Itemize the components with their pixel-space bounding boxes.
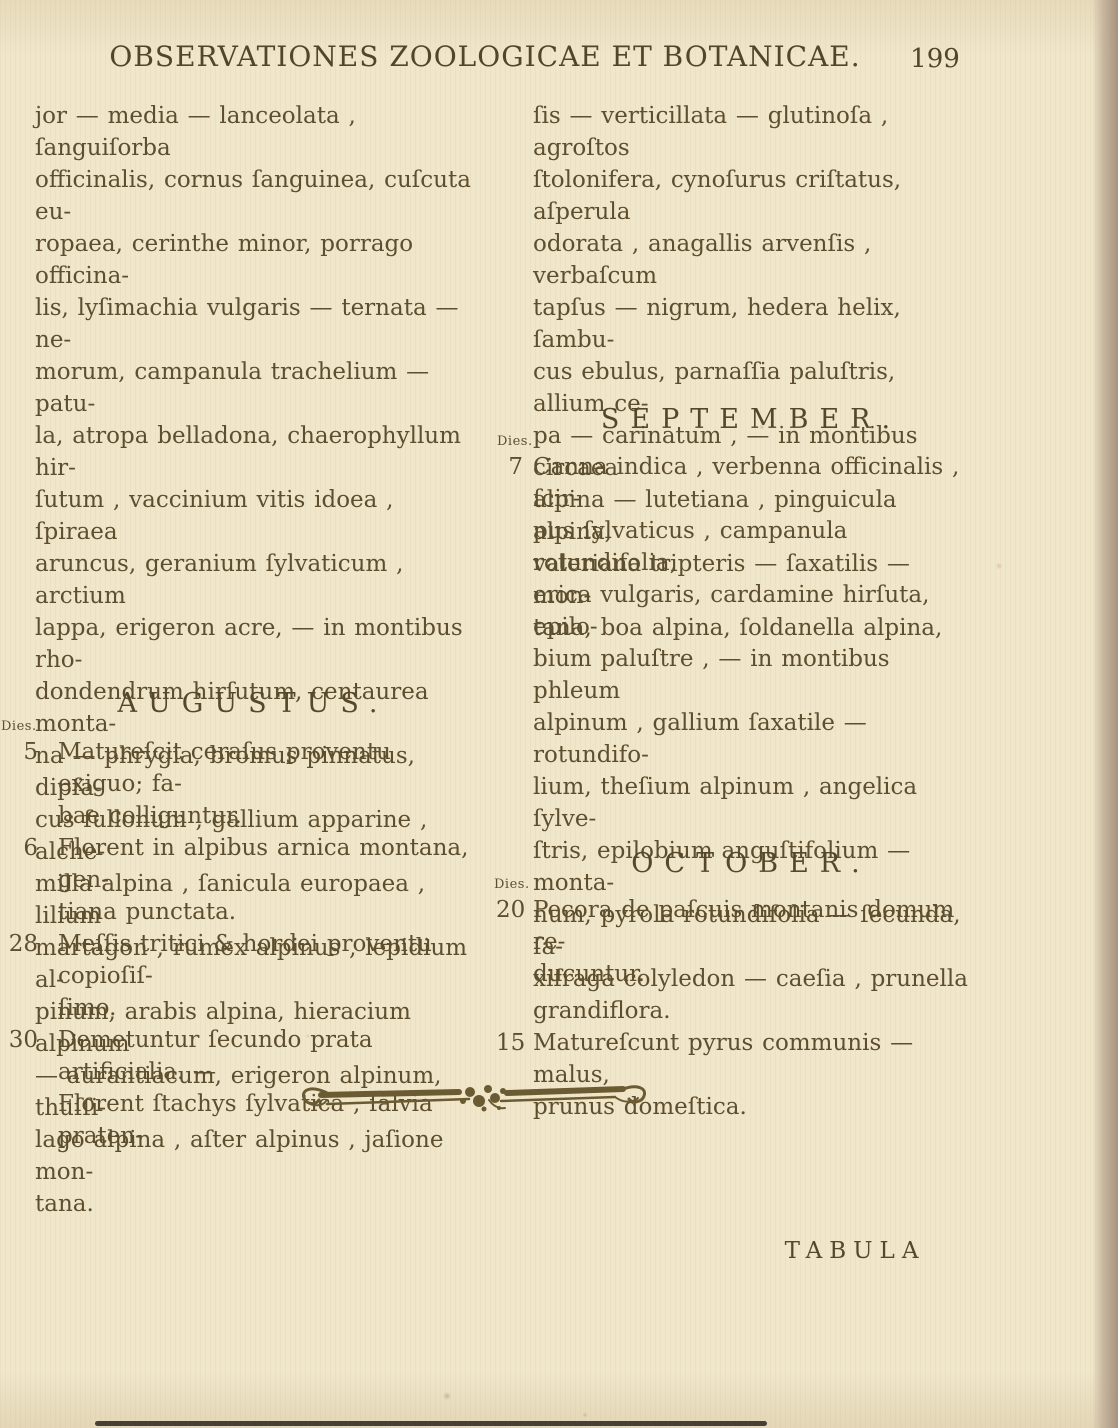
tailpiece-ornament (293, 1068, 658, 1116)
entry-day-number: 15 (496, 1027, 523, 1059)
heading-october: OCTOBER. (533, 848, 969, 879)
entry-text: Meſſis tritici & hordei proventu copioſi… (58, 928, 477, 1024)
running-head-title: OBSERVATIONES ZOOLOGICAE ET BOTANICAE. (35, 40, 935, 73)
heading-september: SEPTEMBER. (533, 404, 969, 435)
dies-label-augustus: Dies. (1, 719, 37, 734)
dies-label-october: Dies. (494, 877, 530, 892)
page-number: 199 (903, 44, 967, 74)
catchword: TABULA (745, 1238, 965, 1264)
page-edge-shadow (1092, 0, 1118, 1428)
heading-augustus: AUGUSTUS. (35, 688, 471, 719)
calendar-entry: 5 Matureſcit ceraſus proventu exiguo; fa… (5, 736, 477, 832)
book-page: OBSERVATIONES ZOOLOGICAE ET BOTANICAE. 1… (0, 0, 1118, 1428)
calendar-entry: 20 Pecora de paſcuis montanis domum re- … (496, 894, 975, 990)
october-entries: 20 Pecora de paſcuis montanis domum re- … (496, 894, 975, 990)
entry-text: Matureſcit ceraſus proventu exiguo; fa- … (58, 736, 477, 832)
entry-day-number: 7 (496, 451, 523, 483)
dies-label-september: Dies. (497, 434, 533, 449)
september-entries: 7 Canna indica , verbenna officinalis , … (496, 451, 975, 1123)
entry-day-number: 20 (496, 894, 523, 926)
entry-text: Pecora de paſcuis montanis domum re- duc… (533, 894, 975, 990)
entry-text: Florent in alpibus arnica montana, gen- … (58, 832, 477, 928)
entry-day-number: 6 (5, 832, 38, 864)
entry-day-number: 5 (5, 736, 38, 768)
calendar-entry: 6 Florent in alpibus arnica montana, gen… (5, 832, 477, 928)
entry-day-number: 30 (5, 1024, 38, 1056)
entry-day-number: 28 (5, 928, 38, 960)
calendar-entry: 28 Meſſis tritici & hordei proventu copi… (5, 928, 477, 1024)
scan-edge-artifact (95, 1421, 767, 1426)
